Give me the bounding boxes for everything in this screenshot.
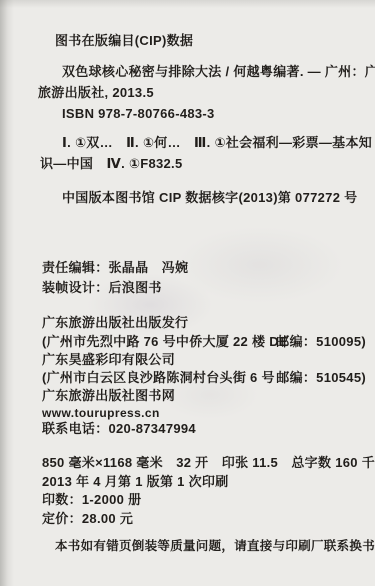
website-label: 广东旅游出版社图书网 bbox=[42, 388, 175, 403]
printer-postcode: 邮编：510545) bbox=[276, 370, 366, 385]
print-edition-line: 2013 年 4 月第 1 版第 1 次印刷 bbox=[42, 474, 229, 489]
quality-notice: 本书如有错页倒装等质量问题，请直接与印刷厂联系换书。 bbox=[55, 539, 375, 554]
phone-line: 联系电话：020-87347994 bbox=[42, 421, 196, 436]
design-credit-line: 装帧设计：后浪图书 bbox=[42, 280, 162, 295]
printer-name-line: 广东昊盛彩印有限公司 bbox=[42, 352, 175, 367]
publisher-postcode: 邮编：510095) bbox=[276, 334, 366, 349]
editor-credit-line: 责任编辑：张晶晶 冯婉 bbox=[42, 260, 188, 275]
website-url: www.tourupress.cn bbox=[42, 406, 160, 421]
price-line: 定价：28.00 元 bbox=[42, 511, 133, 526]
cip-entry-line1: 双色球核心秘密与排除大法 / 何越粤编著. — 广州：广东 bbox=[62, 64, 375, 79]
isbn-line: ISBN 978-7-80766-483-3 bbox=[62, 106, 215, 121]
cip-entry-line2: 旅游出版社, 2013.5 bbox=[38, 85, 154, 100]
cip-header: 图书在版编目(CIP)数据 bbox=[55, 33, 193, 48]
cip-classification-line2: 识—中国 Ⅳ. ①F832.5 bbox=[40, 156, 183, 171]
print-format-line: 850 毫米×1168 毫米 32 开 印张 11.5 总字数 160 千字 bbox=[42, 455, 375, 470]
book-copyright-page: 图书在版编目(CIP)数据 双色球核心秘密与排除大法 / 何越粤编著. — 广州… bbox=[0, 0, 375, 586]
cip-record-number: 中国版本图书馆 CIP 数据核字(2013)第 077272 号 bbox=[62, 190, 357, 205]
scan-left-edge-shadow bbox=[0, 0, 14, 586]
publisher-address: (广州市先烈中路 76 号中侨大厦 22 楼 DE bbox=[42, 334, 288, 349]
publisher-name-line: 广东旅游出版社出版发行 bbox=[42, 315, 188, 330]
printer-address: (广州市白云区良沙路陈洞村台头街 6 号 bbox=[42, 370, 275, 385]
cip-classification-line1: Ⅰ. ①双… Ⅱ. ①何… Ⅲ. ①社会福利—彩票—基本知 bbox=[62, 135, 372, 150]
print-copies-line: 印数：1-2000 册 bbox=[42, 492, 141, 507]
scan-top-edge-shadow bbox=[0, 0, 375, 8]
